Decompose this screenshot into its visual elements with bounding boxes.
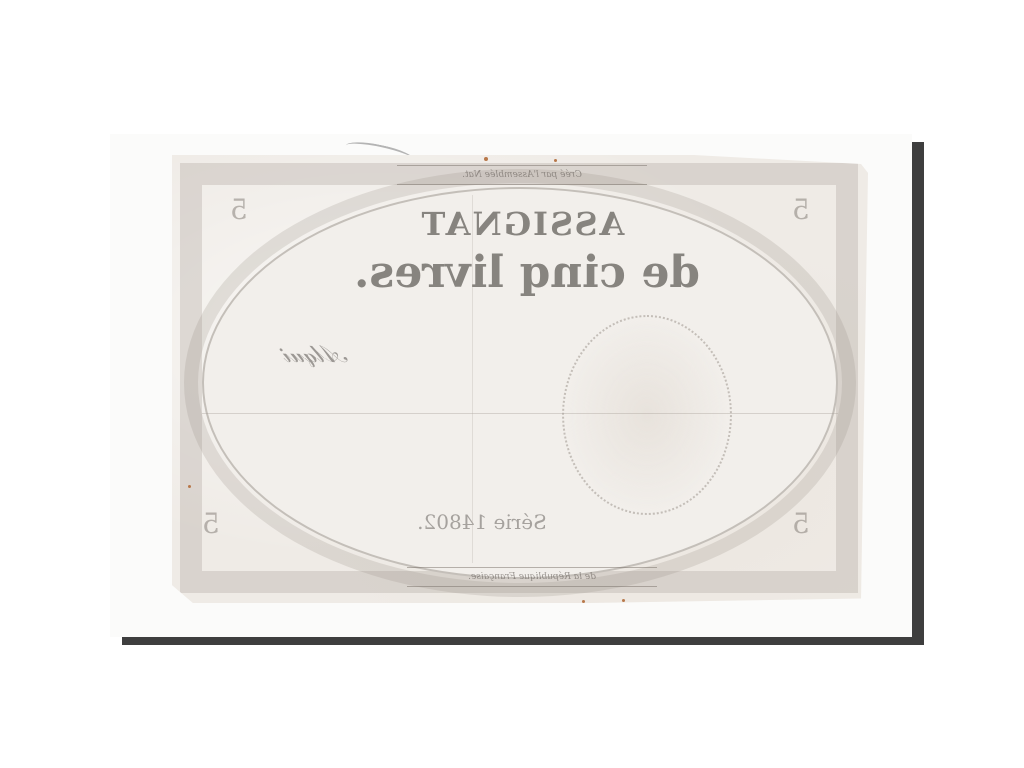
top-cartouche: Créé par l'Assemblée Nat. (397, 165, 647, 185)
foxing-spot (622, 599, 625, 602)
bottom-cartouche: de la République Française. (407, 567, 657, 587)
foxing-spot (484, 157, 488, 161)
corner-numeral-top-left: 5 (230, 193, 248, 226)
note-value: de cinq livres. (302, 247, 752, 298)
corner-numeral-bottom-left: 5 (202, 507, 220, 540)
note-title: ASSIGNAT (402, 205, 642, 243)
signature: 𝒜𝓁𝓆𝓊𝒾 (284, 340, 348, 368)
foxing-spot (582, 600, 585, 603)
corner-numeral-top-right: 5 (792, 193, 810, 226)
foxing-spot (554, 159, 557, 162)
foxing-spot (188, 485, 191, 488)
corner-numeral-bottom-right: 5 (792, 507, 810, 540)
fold-line-vertical (472, 195, 473, 563)
fold-line-horizontal (202, 413, 838, 414)
banknote: Créé par l'Assemblée Nat. de la Républiq… (172, 155, 868, 603)
embossed-seal (562, 315, 732, 515)
series-number: Série 14802. (382, 510, 582, 534)
